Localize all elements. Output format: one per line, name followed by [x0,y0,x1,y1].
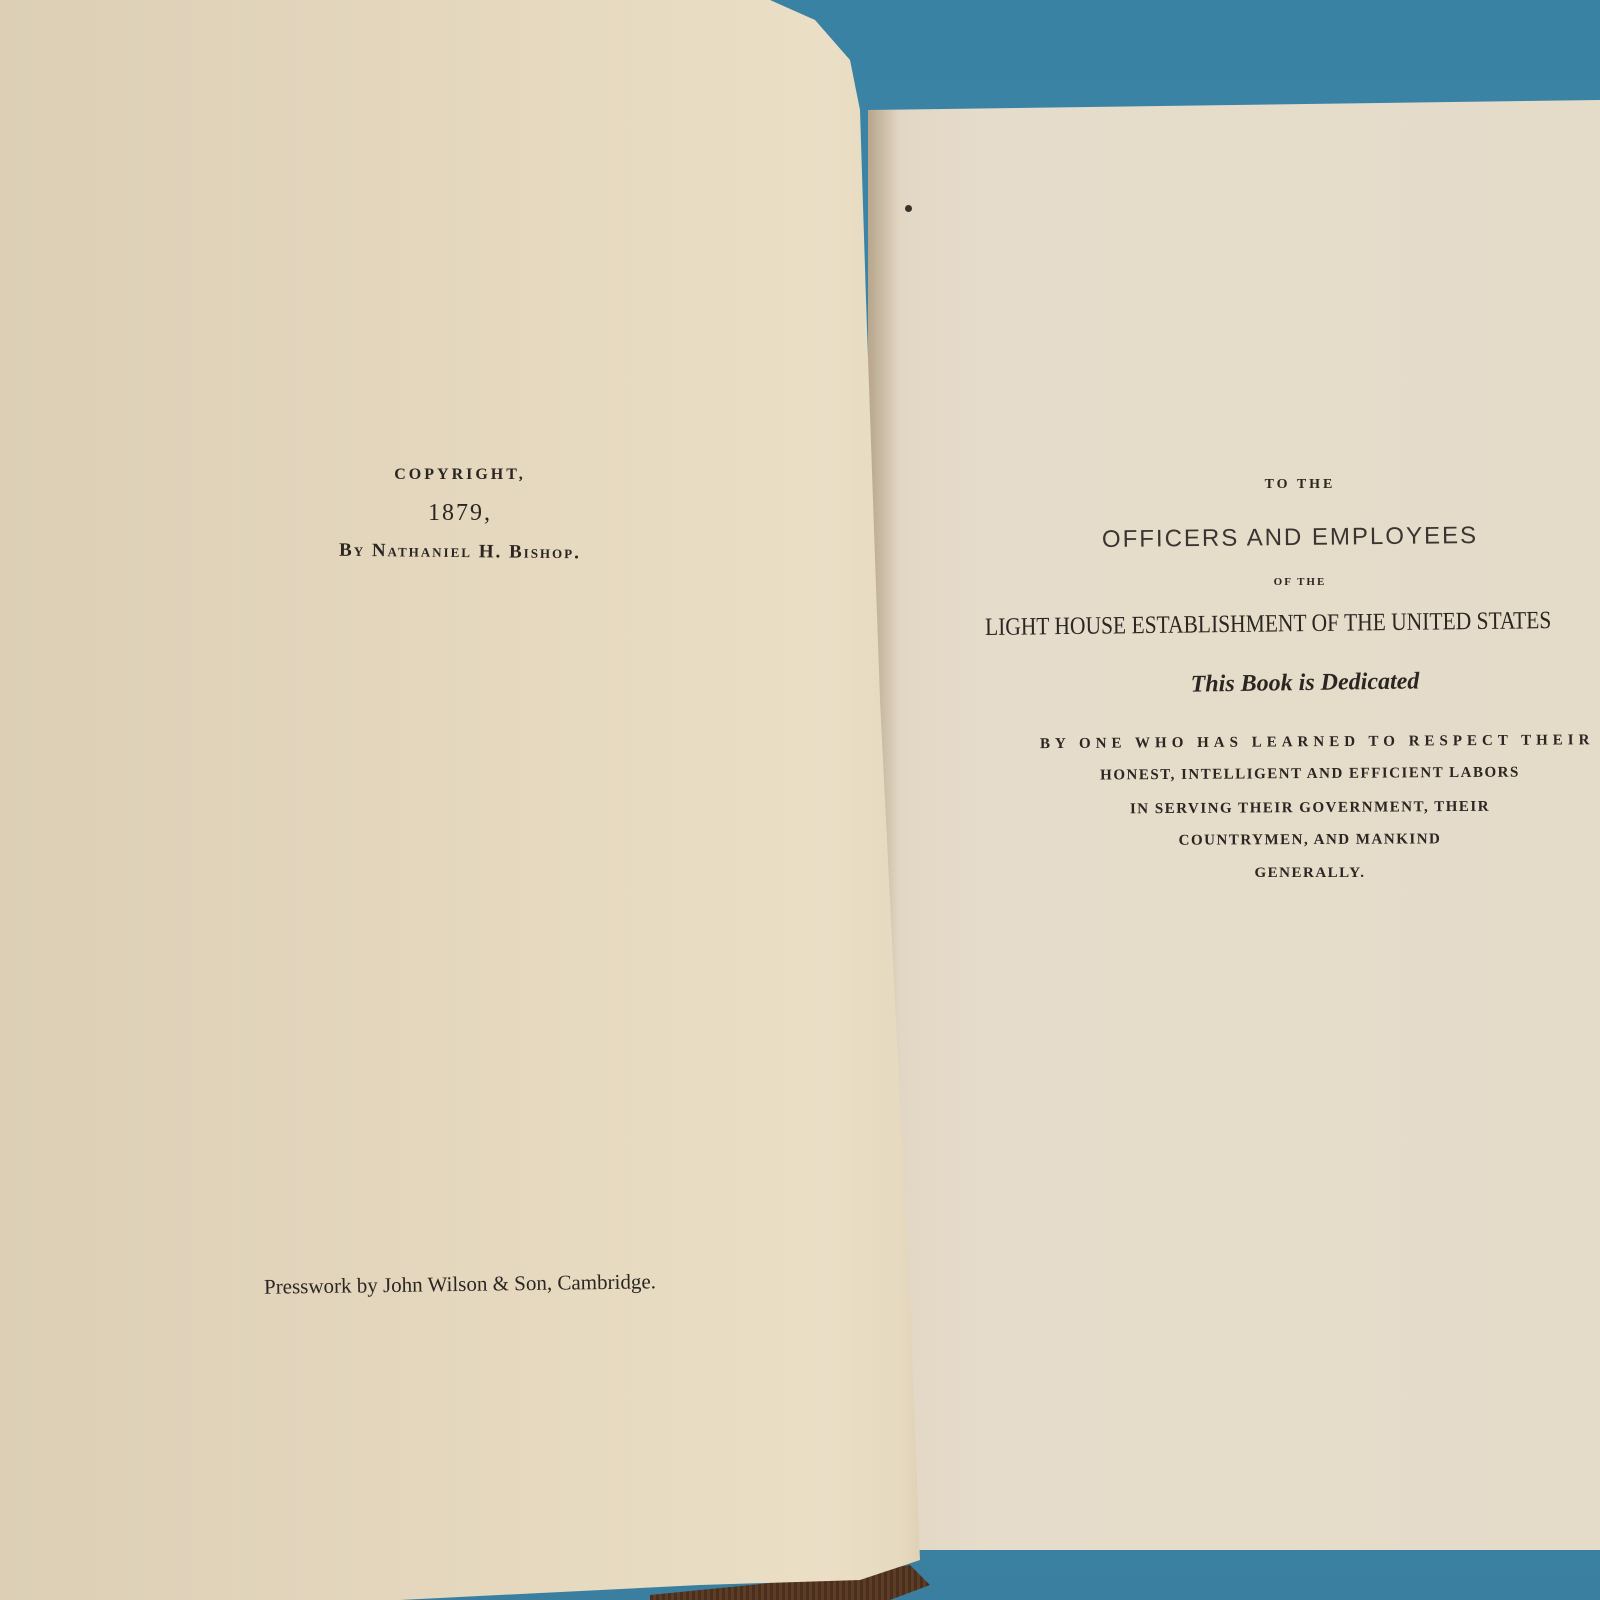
dedication-body-line: HONEST, INTELLIGENT AND EFFICIENT LABORS [1060,764,1560,784]
dedication-body-line: IN SERVING THEIR GOVERNMENT, THEIR [1095,798,1525,818]
dedication-blackletter-line: This Book is Dedicated [1160,668,1450,699]
dedication-officers: OFFICERS AND EMPLOYEES [1060,522,1520,555]
right-page [868,100,1600,1550]
dedication-body-line: GENERALLY. [1230,865,1390,882]
copyright-year: 1879, [300,500,620,527]
dedication-body-line: COUNTRYMEN, AND MANKIND [1150,831,1470,850]
left-page [0,0,940,1600]
copyright-author: By Nathaniel H. Bishop. [290,539,630,565]
copyright-label: COPYRIGHT, [300,466,620,484]
dedication-of-the: OF THE [1220,576,1380,588]
dedication-to-the: TO THE [1180,477,1420,493]
paper-speck [905,205,912,212]
